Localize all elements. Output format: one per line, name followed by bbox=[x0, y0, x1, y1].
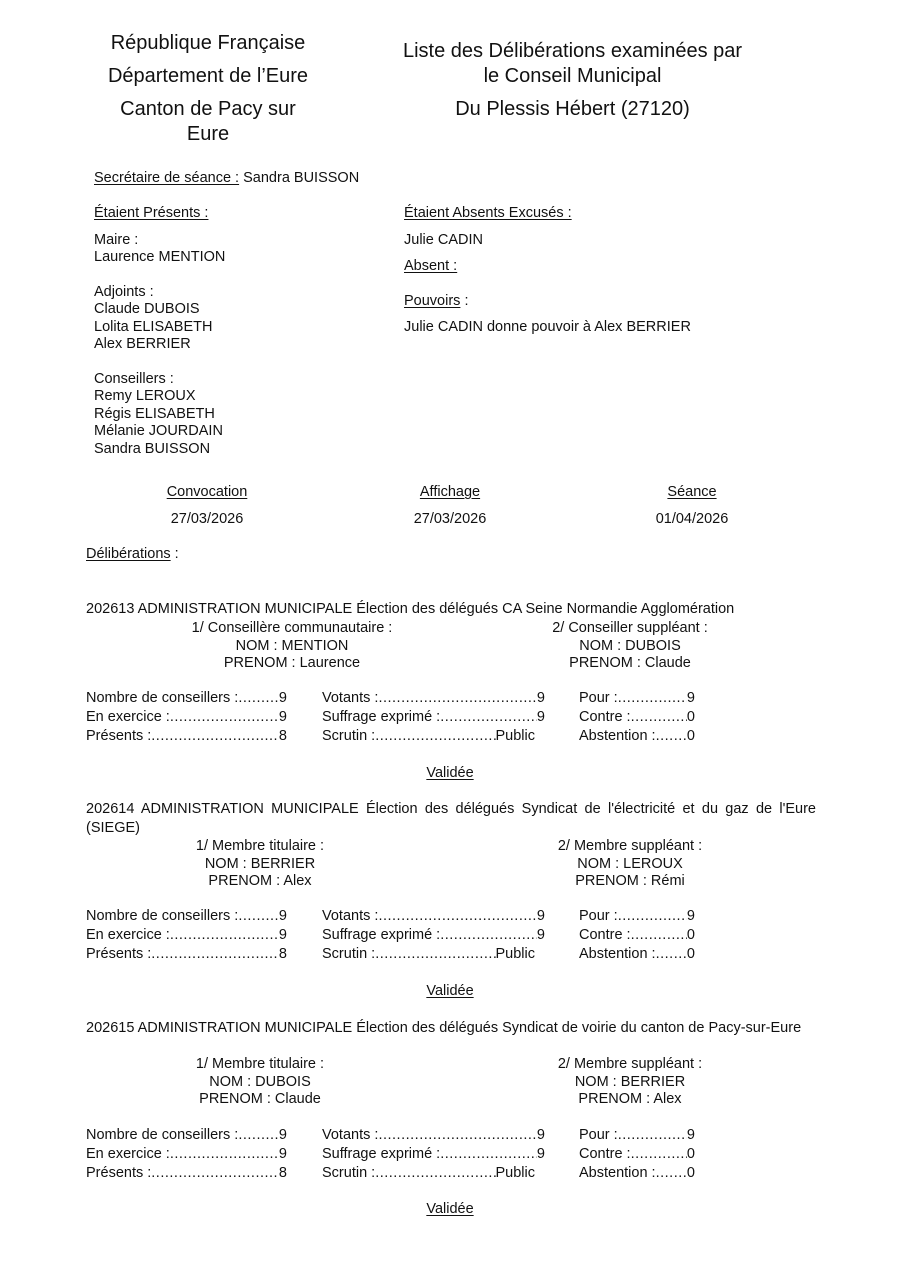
header-republique: République Française bbox=[88, 31, 328, 56]
stat-presents: Présents : 8 bbox=[86, 727, 287, 746]
date-value: 27/03/2026 bbox=[380, 511, 520, 529]
member-suppleant: 2/ Conseiller suppléant : NOM : DUBOIS P… bbox=[500, 620, 760, 673]
stat-nombre-conseillers: Nombre de conseillers : 9 bbox=[86, 689, 287, 708]
stat-suffrage-exprime: Suffrage exprimé : 9 bbox=[322, 708, 545, 727]
group-maire: Maire : Laurence MENTION bbox=[94, 232, 374, 267]
member-prenom: PRENOM : Claude bbox=[500, 655, 760, 673]
member-nom: NOM : MENTION bbox=[152, 638, 432, 656]
secretaire-de-seance: Secrétaire de séance : Sandra BUISSON bbox=[94, 170, 359, 188]
commune-name: Du Plessis Hébert (27120) bbox=[355, 97, 790, 122]
date-label: Séance bbox=[667, 484, 716, 502]
stat-pour: Pour :9 bbox=[579, 689, 695, 708]
presents-heading: Étaient Présents : bbox=[94, 205, 208, 223]
member-prenom: PRENOM : Rémi bbox=[500, 873, 760, 891]
group-conseillers: Conseillers : Remy LEROUX Régis ELISABET… bbox=[94, 371, 374, 459]
date-seance: Séance 01/04/2026 bbox=[622, 484, 762, 528]
stat-suffrage-exprime: Suffrage exprimé : 9 bbox=[322, 1145, 545, 1164]
vote-stats: Nombre de conseillers : 9 Votants : 9 Po… bbox=[86, 1126, 696, 1183]
date-convocation: Convocation 27/03/2026 bbox=[137, 484, 277, 528]
member-role: 1/ Conseillère communautaire : bbox=[152, 620, 432, 638]
stat-pour: Pour :9 bbox=[579, 1126, 695, 1145]
date-affichage: Affichage 27/03/2026 bbox=[380, 484, 520, 528]
pouvoir-item: Julie CADIN donne pouvoir à Alex BERRIER bbox=[404, 319, 824, 337]
stat-scrutin: Scrutin :Public bbox=[322, 727, 535, 746]
absent-heading: Absent : bbox=[404, 258, 457, 276]
stat-contre: Contre :0 bbox=[579, 708, 695, 727]
deliberations-heading: Délibérations bbox=[86, 546, 171, 562]
stat-votants: Votants : 9 bbox=[322, 1126, 545, 1145]
pouvoirs-heading: Pouvoirs bbox=[404, 293, 460, 309]
member-nom: NOM : LEROUX bbox=[500, 856, 760, 874]
header-title-block: Liste des Délibérations examinées par le… bbox=[355, 39, 790, 122]
status-validee: Validée bbox=[426, 1201, 473, 1217]
member-prenom: PRENOM : Laurence bbox=[152, 655, 432, 673]
stat-pour: Pour :9 bbox=[579, 907, 695, 926]
stat-nombre-conseillers: Nombre de conseillers : 9 bbox=[86, 1126, 287, 1145]
group-label: Adjoints : bbox=[94, 284, 374, 302]
stat-en-exercice: En exercice :9 bbox=[86, 926, 287, 945]
deliberation-status: Validée bbox=[350, 983, 550, 1001]
deliberation-title: 202613 ADMINISTRATION MUNICIPALE Électio… bbox=[86, 600, 816, 619]
member-name: Claude DUBOIS bbox=[94, 301, 374, 319]
member-name: Lolita ELISABETH bbox=[94, 319, 374, 337]
date-label: Convocation bbox=[167, 484, 248, 502]
member-name: Laurence MENTION bbox=[94, 249, 374, 267]
member-role: 1/ Membre titulaire : bbox=[120, 1056, 400, 1074]
member-name: Sandra BUISSON bbox=[94, 441, 374, 459]
member-name: Alex BERRIER bbox=[94, 336, 374, 354]
member-nom: NOM : BERRIER bbox=[500, 1074, 760, 1092]
stat-nombre-conseillers: Nombre de conseillers : 9 bbox=[86, 907, 287, 926]
group-label: Conseillers : bbox=[94, 371, 374, 389]
stat-contre: Contre :0 bbox=[579, 1145, 695, 1164]
presents-section: Étaient Présents : Maire : Laurence MENT… bbox=[94, 205, 374, 458]
stat-abstention: Abstention :0 bbox=[579, 1164, 695, 1183]
member-role: 1/ Membre titulaire : bbox=[120, 838, 400, 856]
member-name: Régis ELISABETH bbox=[94, 406, 374, 424]
member-suppleant: 2/ Membre suppléant : NOM : LEROUX PRENO… bbox=[500, 838, 760, 891]
stat-scrutin: Scrutin :Public bbox=[322, 945, 535, 964]
secretaire-label: Secrétaire de séance : bbox=[94, 170, 239, 186]
stat-votants: Votants : 9 bbox=[322, 907, 545, 926]
member-nom: NOM : DUBOIS bbox=[500, 638, 760, 656]
member-name: Mélanie JOURDAIN bbox=[94, 423, 374, 441]
member-role: 2/ Membre suppléant : bbox=[500, 838, 760, 856]
member-titulaire: 1/ Conseillère communautaire : NOM : MEN… bbox=[152, 620, 432, 673]
member-role: 2/ Conseiller suppléant : bbox=[500, 620, 760, 638]
member-prenom: PRENOM : Alex bbox=[120, 873, 400, 891]
header-departement: Département de l’Eure bbox=[88, 64, 328, 89]
deliberation-status: Validée bbox=[350, 1201, 550, 1219]
stat-scrutin: Scrutin :Public bbox=[322, 1164, 535, 1183]
pouvoirs-colon: : bbox=[460, 293, 468, 309]
stat-en-exercice: En exercice :9 bbox=[86, 708, 287, 727]
member-prenom: PRENOM : Claude bbox=[120, 1091, 400, 1109]
stat-abstention: Abstention :0 bbox=[579, 945, 695, 964]
stat-votants: Votants : 9 bbox=[322, 689, 545, 708]
header-canton: Canton de Pacy sur Eure bbox=[88, 97, 328, 147]
header-administrative-block: République Française Département de l’Eu… bbox=[88, 31, 328, 155]
absent-excuse-name: Julie CADIN bbox=[404, 232, 824, 250]
document-title: Liste des Délibérations examinées par le… bbox=[355, 39, 790, 89]
stat-suffrage-exprime: Suffrage exprimé : 9 bbox=[322, 926, 545, 945]
group-adjoints: Adjoints : Claude DUBOIS Lolita ELISABET… bbox=[94, 284, 374, 354]
stat-contre: Contre :0 bbox=[579, 926, 695, 945]
date-value: 01/04/2026 bbox=[622, 511, 762, 529]
secretaire-value: Sandra BUISSON bbox=[243, 170, 359, 186]
member-nom: NOM : BERRIER bbox=[120, 856, 400, 874]
pouvoirs-heading-row: Pouvoirs : bbox=[404, 293, 824, 311]
member-suppleant: 2/ Membre suppléant : NOM : BERRIER PREN… bbox=[500, 1056, 760, 1109]
deliberation-title: 202614 ADMINISTRATION MUNICIPALE Électio… bbox=[86, 800, 816, 838]
vote-stats: Nombre de conseillers : 9 Votants : 9 Po… bbox=[86, 907, 696, 964]
stat-presents: Présents : 8 bbox=[86, 945, 287, 964]
stat-abstention: Abstention :0 bbox=[579, 727, 695, 746]
deliberations-heading-row: Délibérations : bbox=[86, 546, 179, 564]
member-titulaire: 1/ Membre titulaire : NOM : BERRIER PREN… bbox=[120, 838, 400, 891]
member-nom: NOM : DUBOIS bbox=[120, 1074, 400, 1092]
group-label: Maire : bbox=[94, 232, 374, 250]
member-role: 2/ Membre suppléant : bbox=[500, 1056, 760, 1074]
date-value: 27/03/2026 bbox=[137, 511, 277, 529]
status-validee: Validée bbox=[426, 765, 473, 781]
vote-stats: Nombre de conseillers : 9 Votants : 9 Po… bbox=[86, 689, 696, 746]
stat-presents: Présents : 8 bbox=[86, 1164, 287, 1183]
status-validee: Validée bbox=[426, 983, 473, 999]
date-label: Affichage bbox=[420, 484, 480, 502]
member-name: Remy LEROUX bbox=[94, 388, 374, 406]
member-titulaire: 1/ Membre titulaire : NOM : DUBOIS PRENO… bbox=[120, 1056, 400, 1109]
stat-en-exercice: En exercice :9 bbox=[86, 1145, 287, 1164]
member-prenom: PRENOM : Alex bbox=[500, 1091, 760, 1109]
deliberations-colon: : bbox=[171, 546, 179, 562]
deliberation-title: 202615 ADMINISTRATION MUNICIPALE Électio… bbox=[86, 1019, 816, 1038]
absents-excuses-heading: Étaient Absents Excusés : bbox=[404, 205, 572, 223]
deliberation-status: Validée bbox=[350, 765, 550, 783]
absents-section: Étaient Absents Excusés : Julie CADIN Ab… bbox=[404, 205, 824, 337]
